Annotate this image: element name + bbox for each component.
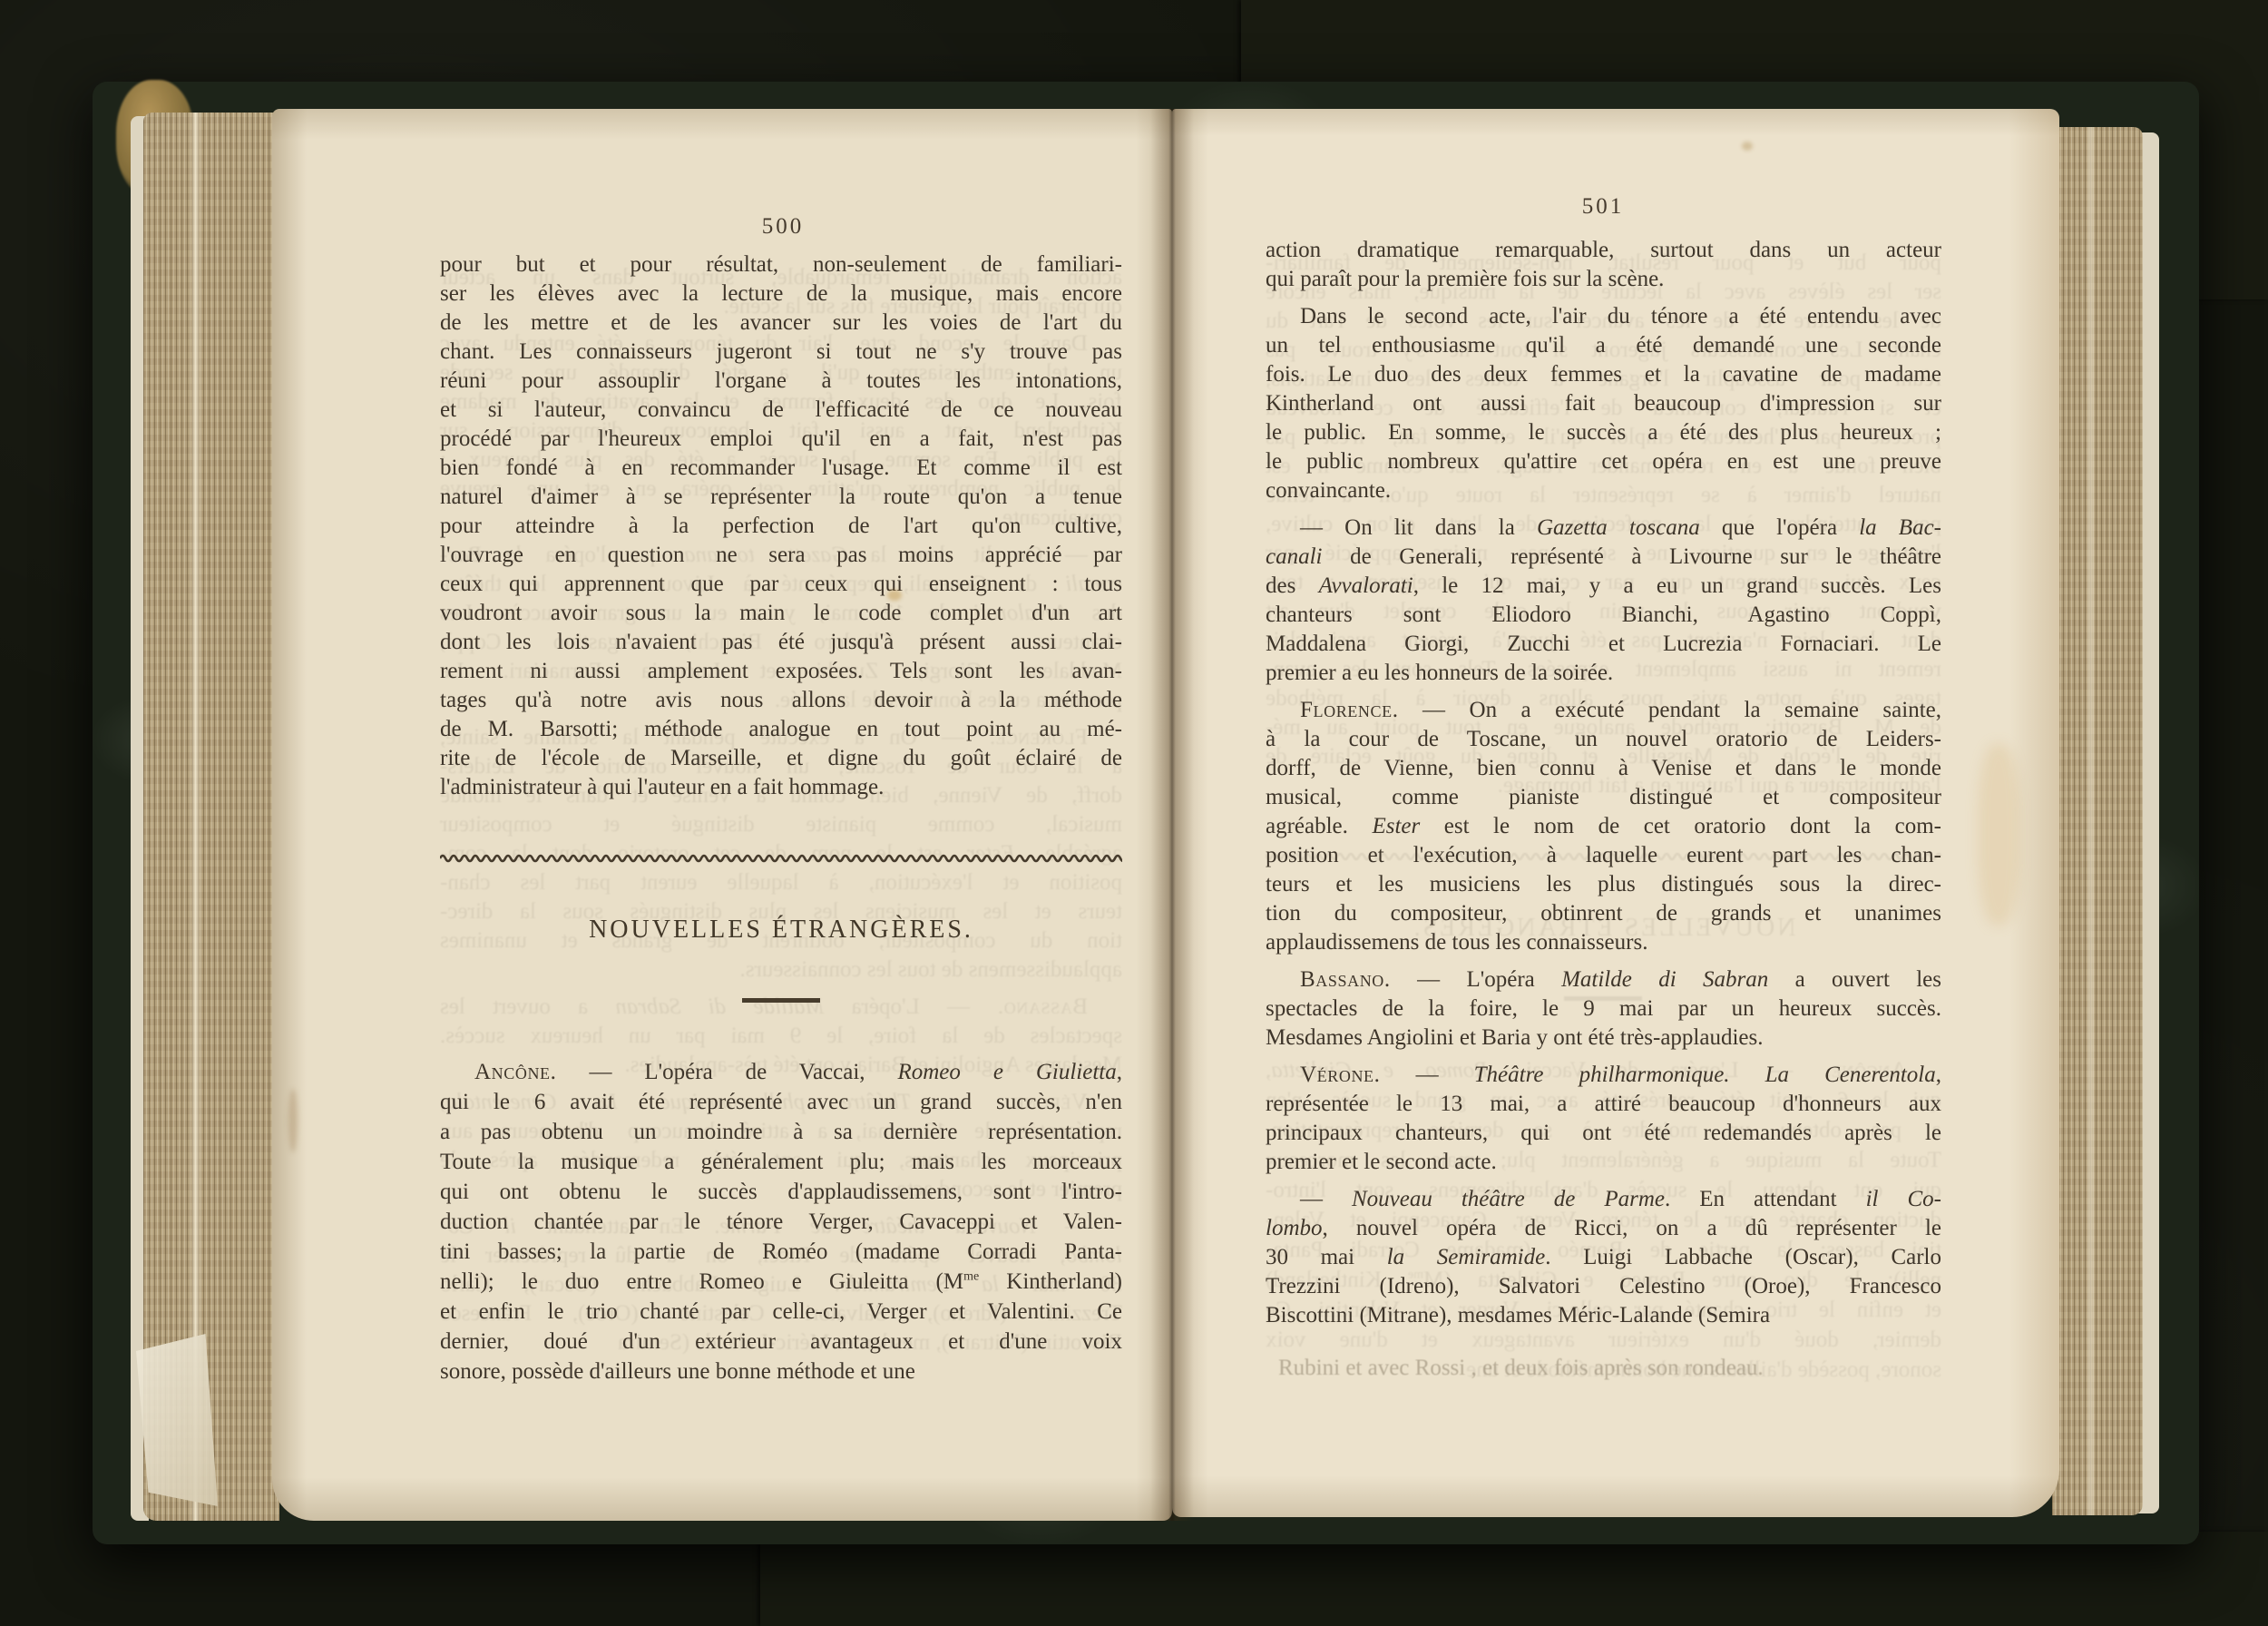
text-line: ceux qui apprennent que par ceux qui ens… [440, 570, 1122, 599]
text-column-right: action dramatique remarquable, surtout d… [1266, 236, 1941, 1383]
text-segment: réuni pour assouplir l'organe à toutes l… [440, 368, 1122, 393]
text-line: Ancône. — L'opéra de Vaccai, Romeo e Giu… [440, 1057, 1122, 1087]
text-segment: sonore, possède d'ailleurs une bonne mét… [440, 1359, 915, 1384]
text-segment: Biscottini (Mitrane), mesdames Méric-Lal… [1266, 1303, 1770, 1327]
text-segment: chant. Les connaisseurs jugeront si tout… [440, 339, 1122, 364]
text-segment: Gazetta toscana [1537, 515, 1700, 540]
text-line: un tel enthousiasme qu'il a été demandé … [1266, 331, 1941, 360]
text-line: musical, comme pianiste distingué et com… [1266, 783, 1941, 812]
text-segment: — On lit dans la [1300, 515, 1537, 540]
text-segment: , [1117, 1060, 1122, 1084]
text-segment: — [1381, 1063, 1474, 1087]
text-segment: Avvalorati [1319, 573, 1413, 598]
text-segment: Ester [1372, 814, 1420, 838]
text-line: l'administrateur à qui l'auteur en a fai… [440, 773, 1122, 802]
text-line: qui ont obtenu le succès d'applaudisseme… [440, 1177, 1122, 1207]
text-segment: position et l'exécution, à laquelle eure… [1266, 843, 1941, 867]
text-segment: le public. En somme, le succès a été des… [1266, 420, 1941, 445]
text-segment: Dans le second acte, l'air du ténore a é… [1300, 304, 1941, 328]
text-line: représentée le 13 mai, a attiré beaucoup… [1266, 1090, 1941, 1119]
text-line: a pas obtenu un moindre à sa dernière re… [440, 1117, 1122, 1147]
bleedthrough-line: Rubini et avec Rossi , et deux fois aprè… [1278, 1354, 1954, 1383]
text-line: de les mettre et de les avancer sur les … [440, 309, 1122, 338]
text-line: qui paraît pour la première fois sur la … [1266, 265, 1941, 294]
text-line: Vérone. — Théâtre philharmonique. La Cen… [1266, 1061, 1941, 1090]
text-segment: teurs et les musiciens les plus distingu… [1266, 872, 1941, 896]
text-segment: lombo [1266, 1216, 1323, 1240]
text-line: Dans le second acte, l'air du ténore a é… [1266, 302, 1941, 331]
foxing-spot [288, 1089, 298, 1152]
text-segment: la Semiramide [1387, 1245, 1545, 1269]
text-segment: Maddalena Giorgi, Zucchi et Lucrezia For… [1266, 632, 1941, 656]
text-line: rite de l'école de Marseille, et digne d… [440, 744, 1122, 773]
text-segment: principaux chanteurs, qui ont été redema… [1266, 1121, 1941, 1145]
text-segment: , nouvel opéra de Ricci, on a dû représe… [1323, 1216, 1942, 1240]
text-line: Bassano. — L'opéra Matilde di Sabran a o… [1266, 965, 1941, 994]
text-segment: dernier, doué d'un extérieur avantageux … [440, 1329, 1122, 1354]
page-left: 500 action dramatique remarquable, surto… [272, 109, 1172, 1521]
text-segment: fois. Le duo des deux femmes et la cavat… [1266, 362, 1941, 387]
text-segment: procédé par l'heureux emploi qu'il en a … [440, 426, 1122, 451]
text-segment: naturel d'aimer à se représenter la rout… [440, 485, 1122, 509]
text-segment: pour atteindre à la perfection de l'art … [440, 514, 1122, 538]
text-line: canali de Generali, représenté à Livourn… [1266, 543, 1941, 572]
page-number-left: 500 [728, 214, 837, 240]
text-segment: Matilde di Sabran [1561, 967, 1768, 992]
text-line: spectacles de la foire, le 9 mai par un … [1266, 994, 1941, 1024]
text-line: pour but et pour résultat, non-seulement… [440, 250, 1122, 279]
text-segment: premier et le second acte. [1266, 1150, 1497, 1174]
text-line: et si l'auteur, convaincu de l'efficacit… [440, 396, 1122, 425]
text-line: agréable. Ester est le nom de cet orator… [1266, 812, 1941, 841]
foxing-spot [1742, 142, 1753, 151]
text-line: réuni pour assouplir l'organe à toutes l… [440, 367, 1122, 396]
text-segment: premier a eu les honneurs de la soirée. [1266, 661, 1613, 685]
text-segment: Bassano. [1300, 967, 1391, 992]
text-segment: l'ouvrage en question ne sera pas moins … [440, 543, 1122, 567]
text-segment: chanteurs sont Eliodoro Bianchi, Agastin… [1266, 602, 1941, 627]
text-line: tion du compositeur, obtinrent de grands… [1266, 899, 1941, 928]
text-segment: Kintherland) [979, 1269, 1122, 1294]
text-segment: . En attendant [1665, 1187, 1866, 1211]
text-segment: voudront avoir sous la main le code comp… [440, 601, 1122, 625]
text-segment: Ancône. [474, 1060, 557, 1084]
text-segment: rite de l'école de Marseille, et digne d… [440, 746, 1122, 770]
text-segment: , le 12 mai, y a eu un grand succès. Les [1413, 573, 1941, 598]
text-segment: convaincante. [1266, 478, 1391, 503]
text-line: fois. Le duo des deux femmes et la cavat… [1266, 360, 1941, 389]
paragraph: action dramatique remarquable, surtout d… [1266, 236, 1941, 294]
page-edges-right [2052, 127, 2143, 1515]
text-line: rement ni aussi amplement exposées. Tels… [440, 657, 1122, 686]
text-segment: représentée le 13 mai, a attiré beaucoup… [1266, 1092, 1941, 1116]
text-segment: de les mettre et de les avancer sur les … [440, 310, 1122, 335]
text-line: Trezzini (Idreno), Salvatori Celestino (… [1266, 1272, 1941, 1301]
text-segment: qui le 6 avait été représenté avec un gr… [440, 1090, 1122, 1114]
page-edges-left [143, 113, 279, 1521]
text-line: teurs et les musiciens les plus distingu… [1266, 870, 1941, 899]
text-segment: canali [1266, 544, 1323, 569]
text-line: principaux chanteurs, qui ont été redema… [1266, 1119, 1941, 1148]
text-line: convaincante. [1266, 476, 1941, 505]
text-line: nelli); le duo entre Romeo e Giuleitta (… [440, 1267, 1122, 1297]
text-segment: ser les élèves avec la lecture de la mus… [440, 281, 1122, 306]
text-segment: — L'opéra de Vaccai, [557, 1060, 898, 1084]
text-segment: un tel enthousiasme qu'il a été demandé … [1266, 333, 1941, 358]
text-line: Biscottini (Mitrane), mesdames Méric-Lal… [1266, 1301, 1941, 1330]
text-segment: Nouveau théâtre de Parme [1352, 1187, 1665, 1211]
text-line: l'ouvrage en question ne sera pas moins … [440, 541, 1122, 570]
text-line: et enfin le trio chanté par celle-ci, Ve… [440, 1297, 1122, 1327]
squiggle-divider-icon [440, 853, 1122, 864]
text-segment: Vérone. [1300, 1063, 1381, 1087]
scene: { "colors": { "background": "#14160e", "… [0, 0, 2268, 1626]
text-segment: . Luigi Labbache (Oscar), Carlo [1545, 1245, 1941, 1269]
text-line: Florence. — On a exécuté pendant la sema… [1266, 696, 1941, 725]
text-segment: — [1300, 1187, 1352, 1211]
text-line: duction chantée par le ténore Verger, Ca… [440, 1207, 1122, 1237]
text-segment: , [1936, 1063, 1941, 1087]
text-segment: le public nombreux qu'attire cet opéra e… [1266, 449, 1941, 474]
paragraph: Bassano. — L'opéra Matilde di Sabran a o… [1266, 965, 1941, 1053]
text-line: naturel d'aimer à se représenter la rout… [440, 483, 1122, 512]
text-segment: bien fondé à en recommander l'usage. Et … [440, 455, 1122, 480]
text-segment: que l'opéra [1700, 515, 1860, 540]
text-segment: Toute la musique a généralement plu; mai… [440, 1150, 1122, 1174]
text-segment: spectacles de la foire, le 9 mai par un … [1266, 996, 1941, 1021]
text-segment: agréable. [1266, 814, 1372, 838]
text-segment: il Co- [1866, 1187, 1941, 1211]
text-line: 30 mai la Semiramide. Luigi Labbache (Os… [1266, 1243, 1941, 1272]
text-segment: l'administrateur à qui l'auteur en a fai… [440, 775, 884, 799]
page-number-right: 501 [1549, 194, 1657, 220]
text-segment: la Bac- [1859, 515, 1941, 540]
text-line: chanteurs sont Eliodoro Bianchi, Agastin… [1266, 601, 1941, 630]
text-line: applaudissemens de tous les connaisseurs… [1266, 928, 1941, 957]
text-line: Maddalena Giorgi, Zucchi et Lucrezia For… [1266, 630, 1941, 659]
heading-rule [742, 998, 820, 1003]
text-segment: tion du compositeur, obtinrent de grands… [1266, 901, 1941, 926]
text-segment: des [1266, 573, 1319, 598]
text-column-left: pour but et pour résultat, non-seulement… [440, 250, 1122, 1386]
text-line: procédé par l'heureux emploi qu'il en a … [440, 425, 1122, 454]
text-segment: Romeo e Giulietta [897, 1060, 1116, 1084]
text-line: action dramatique remarquable, surtout d… [1266, 236, 1941, 265]
fore-edge-stain [1978, 744, 2019, 926]
text-segment: qui paraît pour la première fois sur la … [1266, 267, 1664, 291]
text-line: tages qu'à notre avis nous allons devoir… [440, 686, 1122, 715]
text-line: dont les lois n'avaient pas été jusqu'à … [440, 628, 1122, 657]
text-segment: à la cour de Toscane, un nouvel oratorio… [1266, 727, 1941, 751]
text-segment: Théâtre philharmonique. La Cenerentola [1474, 1063, 1936, 1087]
paragraph: Florence. — On a exécuté pendant la sema… [1266, 696, 1941, 957]
text-segment: 30 mai [1266, 1245, 1387, 1269]
text-line: dorff, de Vienne, bien connu à Venise et… [1266, 754, 1941, 783]
text-segment: musical, comme pianiste distingué et com… [1266, 785, 1941, 809]
text-line: position et l'exécution, à laquelle eure… [1266, 841, 1941, 870]
text-segment: a pas obtenu un moindre à sa dernière re… [440, 1120, 1122, 1144]
text-line: voudront avoir sous la main le code comp… [440, 599, 1122, 628]
paragraph: Vérone. — Théâtre philharmonique. La Cen… [1266, 1061, 1941, 1177]
loose-paper-corner [136, 1334, 218, 1506]
text-segment: me [963, 1270, 979, 1284]
text-segment: dorff, de Vienne, bien connu à Venise et… [1266, 756, 1941, 780]
text-segment: ceux qui apprennent que par ceux qui ens… [440, 572, 1122, 596]
text-line: Toute la musique a généralement plu; mai… [440, 1147, 1122, 1177]
text-line: lombo, nouvel opéra de Ricci, on a dû re… [1266, 1214, 1941, 1243]
text-line: de M. Barsotti; méthode analogue en tout… [440, 715, 1122, 744]
text-segment: est le nom de cet oratorio dont la com- [1420, 814, 1941, 838]
paragraph: pour but et pour résultat, non-seulement… [440, 250, 1122, 802]
text-line: pour atteindre à la perfection de l'art … [440, 512, 1122, 541]
text-line: bien fondé à en recommander l'usage. Et … [440, 454, 1122, 483]
paragraph: — Nouveau théâtre de Parme. En attendant… [1266, 1185, 1941, 1330]
text-segment: a ouvert les [1768, 967, 1941, 992]
text-segment: Florence. [1300, 698, 1399, 722]
text-segment: duction chantée par le ténore Verger, Ca… [440, 1210, 1122, 1234]
text-line: premier a eu les honneurs de la soirée. [1266, 659, 1941, 688]
text-line: des Avvalorati, le 12 mai, y a eu un gra… [1266, 572, 1941, 601]
text-line: à la cour de Toscane, un nouvel oratorio… [1266, 725, 1941, 754]
text-segment: action dramatique remarquable, surtout d… [1266, 238, 1941, 262]
text-line: — On lit dans la Gazetta toscana que l'o… [1266, 514, 1941, 543]
text-segment: dont les lois n'avaient pas été jusqu'à … [440, 630, 1122, 654]
text-line: chant. Les connaisseurs jugeront si tout… [440, 338, 1122, 367]
text-line: ser les élèves avec la lecture de la mus… [440, 279, 1122, 309]
text-segment: de M. Barsotti; méthode analogue en tout… [440, 717, 1122, 741]
paragraph: Dans le second acte, l'air du ténore a é… [1266, 302, 1941, 505]
text-segment: — On a exécuté pendant la semaine sainte… [1399, 698, 1941, 722]
text-segment: tini basses; la partie de Roméo (madame … [440, 1239, 1122, 1264]
section-heading: NOUVELLES ÉTRANGÈRES. [440, 915, 1122, 945]
text-segment: qui ont obtenu le succès d'applaudisseme… [440, 1180, 1122, 1204]
text-segment: — L'opéra [1391, 967, 1561, 992]
text-segment: de Generali, représenté à Livourne sur l… [1323, 544, 1942, 569]
text-segment: Mesdames Angiolini et Baria y ont été tr… [1266, 1025, 1763, 1050]
page-right: 501 pour but et pour résultat, non-seule… [1172, 109, 2059, 1517]
text-line: premier et le second acte. [1266, 1148, 1941, 1177]
text-segment: Kintherland ont aussi fait beaucoup d'im… [1266, 391, 1941, 416]
paragraph: — On lit dans la Gazetta toscana que l'o… [1266, 514, 1941, 688]
text-segment: rement ni aussi amplement exposées. Tels… [440, 659, 1122, 683]
text-line: Kintherland ont aussi fait beaucoup d'im… [1266, 389, 1941, 418]
text-line: qui le 6 avait été représenté avec un gr… [440, 1087, 1122, 1117]
text-line: sonore, possède d'ailleurs une bonne mét… [440, 1357, 1122, 1386]
text-segment: et enfin le trio chanté par celle-ci, Ve… [440, 1299, 1122, 1324]
text-line: Mesdames Angiolini et Baria y ont été tr… [1266, 1024, 1941, 1053]
text-segment: applaudissemens de tous les connaisseurs… [1266, 930, 1647, 955]
text-line: tini basses; la partie de Roméo (madame … [440, 1237, 1122, 1267]
background-panel-seam-bottom [760, 1532, 2268, 1626]
text-line: le public. En somme, le succès a été des… [1266, 418, 1941, 447]
text-line: le public nombreux qu'attire cet opéra e… [1266, 447, 1941, 476]
text-segment: nelli); le duo entre Romeo e Giuleitta (… [440, 1269, 963, 1294]
text-segment: pour but et pour résultat, non-seulement… [440, 252, 1122, 277]
text-segment: Trezzini (Idreno), Salvatori Celestino (… [1266, 1274, 1941, 1298]
text-segment: et si l'auteur, convaincu de l'efficacit… [440, 397, 1122, 422]
text-segment: tages qu'à notre avis nous allons devoir… [440, 688, 1122, 712]
text-line: — Nouveau théâtre de Parme. En attendant… [1266, 1185, 1941, 1214]
text-line: dernier, doué d'un extérieur avantageux … [440, 1327, 1122, 1357]
paragraph: Ancône. — L'opéra de Vaccai, Romeo e Giu… [440, 1057, 1122, 1386]
